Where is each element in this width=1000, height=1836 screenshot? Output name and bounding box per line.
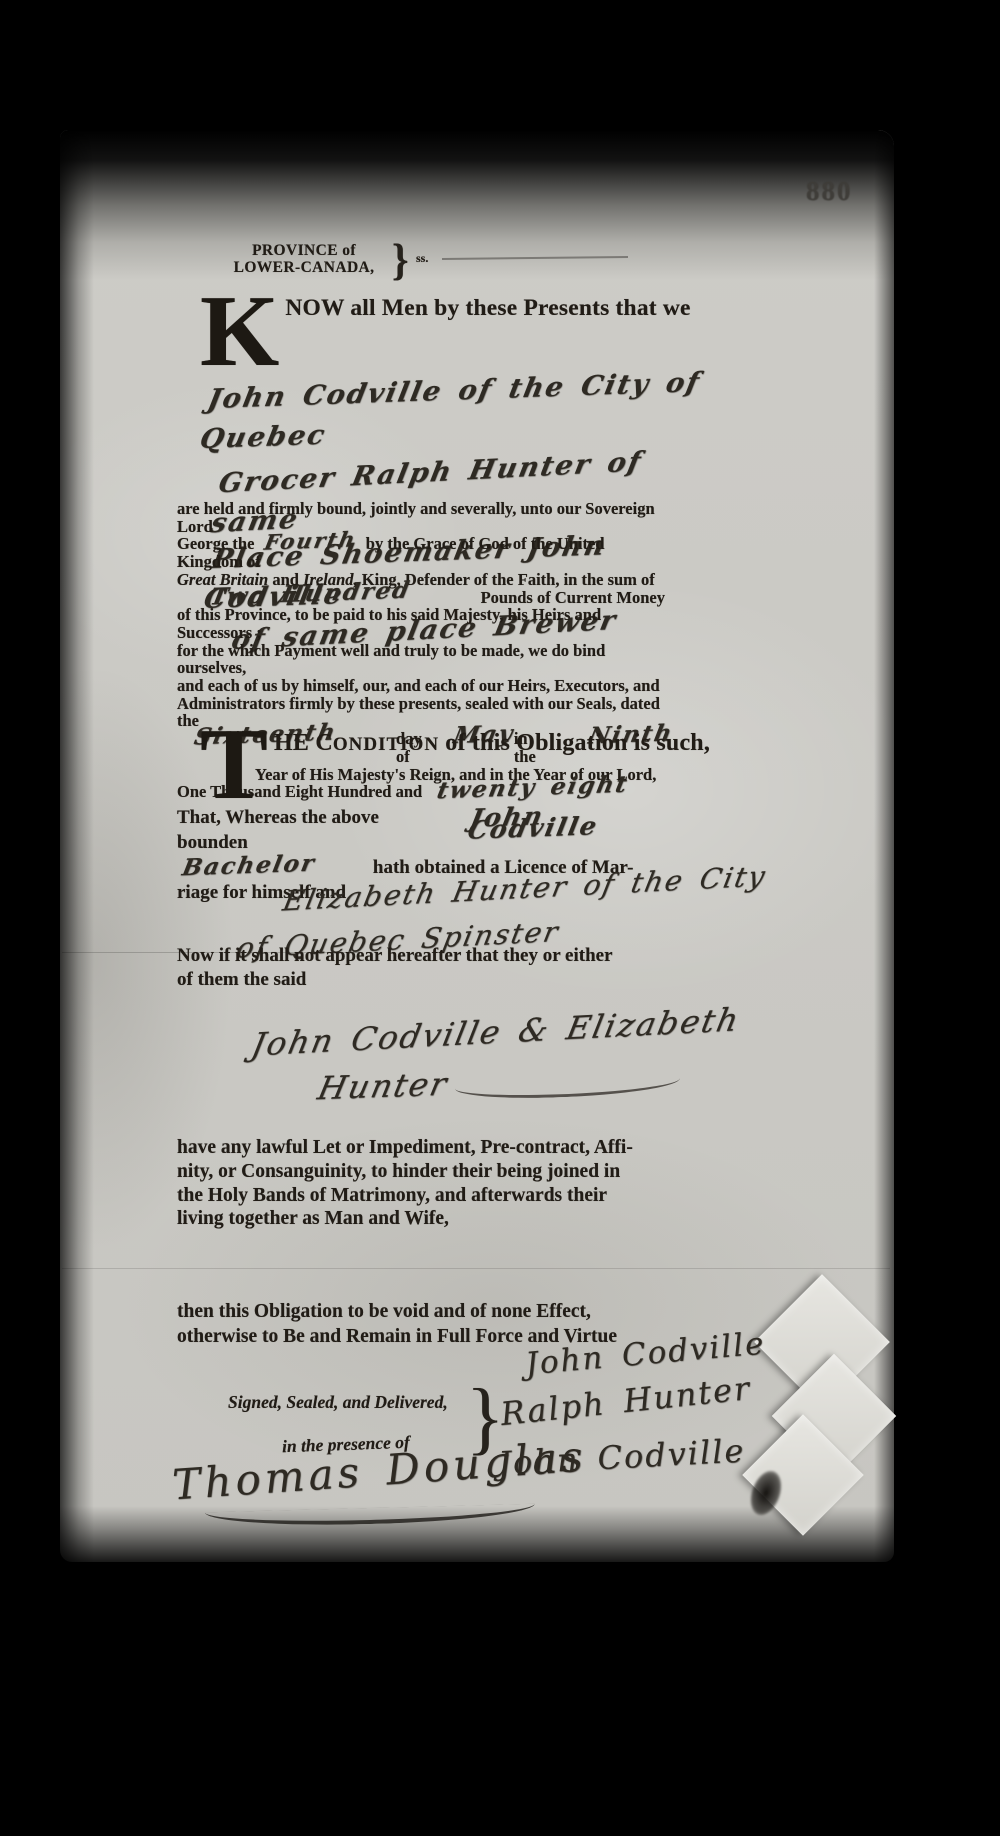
now-clause-line: Now if it shall not appear hereafter tha… [177, 944, 613, 968]
impediment-line: have any lawful Let or Impediment, Pre-c… [177, 1136, 687, 1160]
principal-names-entry: John Codville & Elizabeth Hunter [255, 1005, 737, 1113]
condition-heading-text: HE CONDITION of this Obligation is such, [274, 730, 710, 756]
header-brace: } [392, 236, 409, 286]
condition-smallcaps-initial: C [315, 730, 333, 756]
scan-shadow-left [60, 130, 94, 1562]
bond-line: Two Hundred Pounds of Current Money [177, 589, 673, 607]
bond-line: George the Fourth by the Grace of God of… [177, 535, 673, 570]
pen-flourish [455, 1066, 681, 1101]
condition-heading: T HE CONDITION of this Obligation is suc… [200, 726, 745, 804]
condition-text: HE [274, 730, 315, 756]
whereas-line: That, Whereas the above bounden John Cod… [177, 805, 687, 855]
condition-text: of this Obligation is such, [439, 730, 710, 756]
page-number: 880 [806, 176, 853, 207]
impediment-line: the Holy Bands of Matrimony, and afterwa… [177, 1184, 687, 1208]
bond-line: of this Province, to be paid to his said… [177, 606, 673, 641]
handwritten-king-numeral: Fourth [263, 535, 357, 548]
handwritten-name: Hunter [313, 1057, 454, 1115]
province-header-line1: PROVINCE of [212, 243, 396, 260]
bond-line: and each of us by himself, our, and each… [177, 677, 673, 695]
opening-heading: NOW all Men by these Presents that we [285, 295, 690, 321]
document-scan: 880 PROVINCE of LOWER-CANADA, } ss. K NO… [0, 0, 1000, 1836]
impediment-paragraph: have any lawful Let or Impediment, Pre-c… [177, 1136, 687, 1231]
closing-line: then this Obligation to be void and of n… [177, 1300, 682, 1325]
bond-text: Pounds of Current Money [481, 589, 665, 607]
impediment-line: living together as Man and Wife, [177, 1207, 687, 1231]
bond-line: are held and firmly bound, jointly and s… [177, 500, 673, 535]
handwritten-names-line: Hunter [319, 1059, 737, 1113]
condition-dropcap: T [200, 726, 265, 804]
bond-line: for the which Payment well and truly to … [177, 642, 673, 677]
jurat-abbreviation: ss. [416, 251, 428, 266]
bond-text: George the [177, 534, 254, 553]
paper-crease [62, 1268, 890, 1269]
impediment-line: nity, or Consanguinity, to hinder their … [177, 1160, 687, 1184]
condition-smallcaps: ONDITION [333, 734, 439, 755]
attestation-line1: Signed, Sealed, and Delivered, [228, 1392, 448, 1413]
handwritten-sum: Two Hundred [209, 585, 411, 602]
opening-dropcap: K [200, 293, 276, 371]
now-clause-line: of them the said [177, 968, 613, 992]
whereas-text: That, Whereas the above bounden [177, 805, 454, 855]
province-header: PROVINCE of LOWER-CANADA, [212, 243, 396, 276]
now-clause: Now if it shall not appear hereafter tha… [177, 944, 613, 992]
handwritten-groom-name: John Codville [467, 805, 690, 837]
province-header-line2: LOWER-CANADA, [212, 260, 396, 277]
